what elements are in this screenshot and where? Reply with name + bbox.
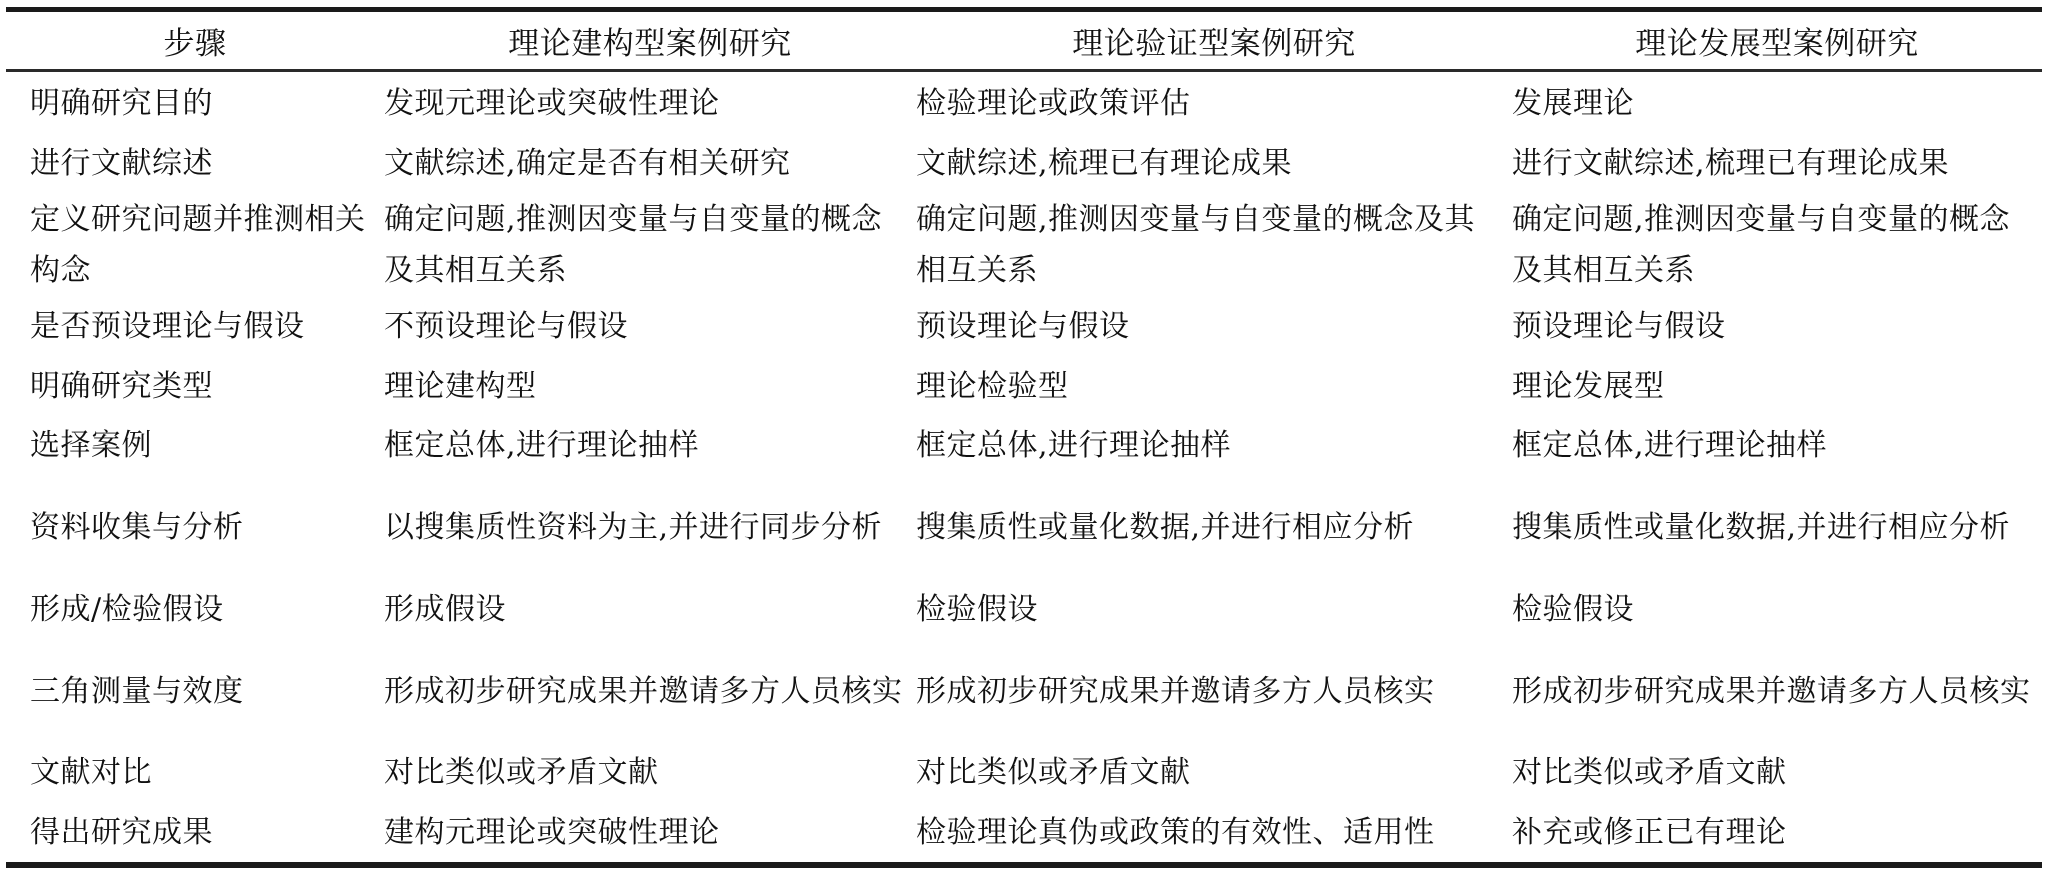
cell-verify: 检验理论或政策评估 — [916, 72, 1512, 134]
cell-step-text: 资料收集与分析 — [30, 502, 384, 553]
cell-develop-text: 形成初步研究成果并邀请多方人员核实 — [1512, 666, 2042, 717]
cell-develop: 预设理论与假设 — [1512, 297, 2042, 357]
cell-verify: 确定问题,推测因变量与自变量的概念及其相互关系 — [916, 193, 1512, 297]
table-row: 三角测量与效度 形成初步研究成果并邀请多方人员核实 形成初步研究成果并邀请多方人… — [6, 639, 2042, 743]
cell-develop: 确定问题,推测因变量与自变量的概念及其相互关系 — [1512, 193, 2042, 297]
cell-step: 定义研究问题并推测相关构念 — [6, 193, 384, 297]
cell-step: 形成/检验假设 — [6, 580, 384, 640]
cell-step: 进行文献综述 — [6, 134, 384, 194]
table-row: 文献对比 对比类似或矛盾文献 对比类似或矛盾文献 对比类似或矛盾文献 — [6, 743, 2042, 803]
cell-step: 是否预设理论与假设 — [6, 297, 384, 357]
table-row: 明确研究目的 发现元理论或突破性理论 检验理论或政策评估 发展理论 — [6, 72, 2042, 134]
header-theory-construction: 理论建构型案例研究 — [384, 12, 916, 69]
cell-construct: 理论建构型 — [384, 357, 916, 417]
cell-step: 明确研究目的 — [6, 72, 384, 134]
cell-construct: 形成初步研究成果并邀请多方人员核实 — [384, 639, 916, 743]
table-row: 是否预设理论与假设 不预设理论与假设 预设理论与假设 预设理论与假设 — [6, 297, 2042, 357]
cell-develop: 搜集质性或量化数据,并进行相应分析 — [1512, 476, 2042, 580]
cell-verify: 检验理论真伪或政策的有效性、适用性 — [916, 803, 1512, 863]
cell-step-text: 定义研究问题并推测相关构念 — [30, 194, 384, 296]
cell-construct-text: 形成初步研究成果并邀请多方人员核实 — [384, 666, 916, 717]
cell-construct: 建构元理论或突破性理论 — [384, 803, 916, 863]
comparison-table: 步骤 理论建构型案例研究 理论验证型案例研究 理论发展型案例研究 — [6, 12, 2042, 69]
cell-step: 文献对比 — [6, 743, 384, 803]
cell-step: 选择案例 — [6, 416, 384, 476]
cell-verify: 检验假设 — [916, 580, 1512, 640]
table-row: 进行文献综述 文献综述,确定是否有相关研究 文献综述,梳理已有理论成果 进行文献… — [6, 134, 2042, 194]
cell-verify: 对比类似或矛盾文献 — [916, 743, 1512, 803]
cell-develop: 进行文献综述,梳理已有理论成果 — [1512, 134, 2042, 194]
case-study-comparison-table: 步骤 理论建构型案例研究 理论验证型案例研究 理论发展型案例研究 明确研究目的 … — [6, 7, 2042, 868]
cell-construct: 对比类似或矛盾文献 — [384, 743, 916, 803]
cell-construct: 以搜集质性资料为主,并进行同步分析 — [384, 476, 916, 580]
cell-construct-text: 确定问题,推测因变量与自变量的概念及其相互关系 — [384, 194, 916, 296]
table-row: 形成/检验假设 形成假设 检验假设 检验假设 — [6, 580, 2042, 640]
header-step: 步骤 — [6, 12, 384, 69]
cell-verify: 预设理论与假设 — [916, 297, 1512, 357]
table-row: 明确研究类型 理论建构型 理论检验型 理论发展型 — [6, 357, 2042, 417]
table-row: 资料收集与分析 以搜集质性资料为主,并进行同步分析 搜集质性或量化数据,并进行相… — [6, 476, 2042, 580]
cell-develop-text: 搜集质性或量化数据,并进行相应分析 — [1512, 502, 2042, 553]
table-row: 得出研究成果 建构元理论或突破性理论 检验理论真伪或政策的有效性、适用性 补充或… — [6, 803, 2042, 863]
cell-develop: 理论发展型 — [1512, 357, 2042, 417]
comparison-table-body: 明确研究目的 发现元理论或突破性理论 检验理论或政策评估 发展理论 进行文献综述… — [6, 72, 2042, 862]
cell-step: 明确研究类型 — [6, 357, 384, 417]
cell-develop: 补充或修正已有理论 — [1512, 803, 2042, 863]
cell-develop: 框定总体,进行理论抽样 — [1512, 416, 2042, 476]
cell-construct: 发现元理论或突破性理论 — [384, 72, 916, 134]
cell-verify: 框定总体,进行理论抽样 — [916, 416, 1512, 476]
header-theory-development: 理论发展型案例研究 — [1512, 12, 2042, 69]
cell-develop: 形成初步研究成果并邀请多方人员核实 — [1512, 639, 2042, 743]
cell-verify: 形成初步研究成果并邀请多方人员核实 — [916, 639, 1512, 743]
cell-step: 得出研究成果 — [6, 803, 384, 863]
cell-develop: 检验假设 — [1512, 580, 2042, 640]
cell-construct: 形成假设 — [384, 580, 916, 640]
cell-develop-text: 确定问题,推测因变量与自变量的概念及其相互关系 — [1512, 194, 2042, 296]
cell-construct: 不预设理论与假设 — [384, 297, 916, 357]
header-row: 步骤 理论建构型案例研究 理论验证型案例研究 理论发展型案例研究 — [6, 12, 2042, 69]
cell-step: 资料收集与分析 — [6, 476, 384, 580]
cell-construct: 确定问题,推测因变量与自变量的概念及其相互关系 — [384, 193, 916, 297]
cell-step-text: 三角测量与效度 — [30, 666, 384, 717]
cell-verify: 理论检验型 — [916, 357, 1512, 417]
cell-construct: 框定总体,进行理论抽样 — [384, 416, 916, 476]
cell-verify-text: 确定问题,推测因变量与自变量的概念及其相互关系 — [916, 194, 1512, 296]
cell-develop: 发展理论 — [1512, 72, 2042, 134]
table-row: 定义研究问题并推测相关构念 确定问题,推测因变量与自变量的概念及其相互关系 确定… — [6, 193, 2042, 297]
cell-verify-text: 搜集质性或量化数据,并进行相应分析 — [916, 502, 1512, 553]
cell-verify: 搜集质性或量化数据,并进行相应分析 — [916, 476, 1512, 580]
cell-construct: 文献综述,确定是否有相关研究 — [384, 134, 916, 194]
cell-verify-text: 形成初步研究成果并邀请多方人员核实 — [916, 666, 1512, 717]
bottom-rule — [6, 862, 2042, 868]
cell-step: 三角测量与效度 — [6, 639, 384, 743]
header-theory-verification: 理论验证型案例研究 — [916, 12, 1512, 69]
cell-develop: 对比类似或矛盾文献 — [1512, 743, 2042, 803]
cell-construct-text: 以搜集质性资料为主,并进行同步分析 — [384, 502, 916, 553]
cell-verify: 文献综述,梳理已有理论成果 — [916, 134, 1512, 194]
table-row: 选择案例 框定总体,进行理论抽样 框定总体,进行理论抽样 框定总体,进行理论抽样 — [6, 416, 2042, 476]
